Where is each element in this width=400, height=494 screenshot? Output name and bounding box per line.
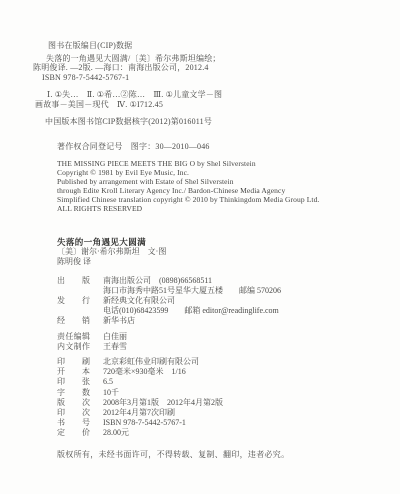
print-row-label: 书号 <box>57 418 90 428</box>
staff-row-value: 白佳丽 <box>103 332 127 341</box>
cip-isbn: ISBN 978-7-5442-5767-1 <box>42 73 400 83</box>
pub-row-value: 新华书店 <box>103 316 135 325</box>
title-block: 失落的一角遇见大圆满 〔美〕谢尔·希尔弗斯坦 文·图 陈明俊 译 <box>57 237 400 267</box>
copyright-line: ALL RIGHTS RESERVED <box>57 204 400 213</box>
print-row-sheets: 印张6.5 <box>57 377 400 387</box>
print-row-edition: 版次2008年3月第1版 2012年4月第2版 <box>57 398 400 408</box>
print-row-impression: 印次2012年4月第7次印刷 <box>57 408 400 418</box>
pub-row-contact: 电话(010)68423599 邮箱 editor@readinglife.co… <box>57 306 400 316</box>
print-row-label: 印次 <box>57 408 90 418</box>
print-row-value: ISBN 978-7-5442-5767-1 <box>103 418 186 427</box>
cip-block: 图书在版编目(CIP)数据 失落的一角遇见大圆满/〔美〕希尔弗斯坦编绘； 陈明俊… <box>33 41 400 127</box>
cip-class-line-2: 画故事－美国－现代 Ⅳ. ①I712.45 <box>35 100 400 110</box>
print-row-label: 印刷 <box>57 357 90 367</box>
author-line: 〔美〕谢尔·希尔弗斯坦 文·图 <box>57 247 400 257</box>
print-row-value: 10千 <box>103 388 119 397</box>
staff-row-editor: 责任编辑白佳丽 <box>57 332 400 342</box>
print-row-value: 北京彩虹伟业印刷有限公司 <box>103 357 199 366</box>
copyright-line: Published by arrangement with Estate of … <box>57 177 400 186</box>
cip-class-line-1: Ⅰ. ①失… Ⅱ. ①希…②陈… Ⅲ. ①儿童文学－图 <box>47 90 400 100</box>
print-row-label: 开本 <box>57 367 90 377</box>
pub-row-address: 海口市海秀中路51号星华大厦五楼 邮编 570206 <box>57 286 400 296</box>
print-row-value: 2008年3月第1版 2012年4月第2版 <box>103 398 223 407</box>
pub-row-value: 新经典文化有限公司 <box>103 296 175 305</box>
pub-row-label: 出版 <box>57 276 90 286</box>
pub-row-value: 海口市海秀中路51号星华大厦五楼 邮编 570206 <box>103 286 281 295</box>
pub-row-value: 南海出版公司 (0898)66568511 <box>103 276 212 285</box>
copyright-registration-number: 著作权合同登记号 图字：30—2010—046 <box>57 141 400 152</box>
print-row-value: 6.5 <box>103 377 113 386</box>
book-title: 失落的一角遇见大圆满 <box>57 237 400 247</box>
pub-row-label: 发行 <box>57 296 90 306</box>
print-row-price: 定价28.00元 <box>57 428 400 438</box>
staff-row-label: 责任编辑 <box>57 332 90 342</box>
cip-heading: 图书在版编目(CIP)数据 <box>48 41 400 51</box>
pub-row-retailer: 经销新华书店 <box>57 316 400 326</box>
colophon-page: 图书在版编目(CIP)数据 失落的一角遇见大圆满/〔美〕希尔弗斯坦编绘； 陈明俊… <box>0 0 400 494</box>
print-row-label: 字数 <box>57 388 90 398</box>
cip-entry-line-1: 失落的一角遇见大圆满/〔美〕希尔弗斯坦编绘； <box>46 54 400 64</box>
print-row-value: 2012年4月第7次印刷 <box>103 408 175 417</box>
staff-row-typesetter: 内文制作王春雪 <box>57 342 400 352</box>
copyright-line: Copyright © 1981 by Evil Eye Music, Inc. <box>57 168 400 177</box>
print-row-format: 开本720毫米×930毫米 1/16 <box>57 367 400 377</box>
publication-info: 出版南海出版公司 (0898)66568511 海口市海秀中路51号星华大厦五楼… <box>57 276 400 327</box>
pub-row-label: 经销 <box>57 316 90 326</box>
print-row-value: 28.00元 <box>103 428 129 437</box>
rights-notice: 版权所有，未经书面许可，不得转载、复制、翻印，违者必究。 <box>57 449 400 460</box>
staff-info: 责任编辑白佳丽 内文制作王春雪 <box>57 332 400 352</box>
print-row-value: 720毫米×930毫米 1/16 <box>103 367 186 376</box>
staff-row-value: 王春雪 <box>103 342 127 351</box>
print-row-wordcount: 字数10千 <box>57 388 400 398</box>
print-row-isbn: 书号ISBN 978-7-5442-5767-1 <box>57 418 400 428</box>
pub-row-distributor: 发行新经典文化有限公司 <box>57 296 400 306</box>
translator-line: 陈明俊 译 <box>57 257 400 267</box>
copyright-line: THE MISSING PIECE MEETS THE BIG O by She… <box>57 159 400 168</box>
english-copyright-block: THE MISSING PIECE MEETS THE BIG O by She… <box>57 159 400 213</box>
pub-row-value: 电话(010)68423599 邮箱 editor@readinglife.co… <box>103 306 279 315</box>
copyright-line: Simplified Chinese translation copyright… <box>57 195 400 204</box>
cip-entry-line-2: 陈明俊译. —2版. —海口：南海出版公司，2012.4 <box>33 63 400 73</box>
copyright-line: through Edite Kroll Literary Agency Inc.… <box>57 186 400 195</box>
print-row-label: 定价 <box>57 428 90 438</box>
print-row-label: 版次 <box>57 398 90 408</box>
print-row-label: 印张 <box>57 377 90 387</box>
print-row-printer: 印刷北京彩虹伟业印刷有限公司 <box>57 357 400 367</box>
pub-row-publisher: 出版南海出版公司 (0898)66568511 <box>57 276 400 286</box>
printing-info: 印刷北京彩虹伟业印刷有限公司 开本720毫米×930毫米 1/16 印张6.5 … <box>57 357 400 439</box>
cip-record-number: 中国版本图书馆CIP数据核字(2012)第016011号 <box>45 117 400 127</box>
staff-row-label: 内文制作 <box>57 342 90 352</box>
